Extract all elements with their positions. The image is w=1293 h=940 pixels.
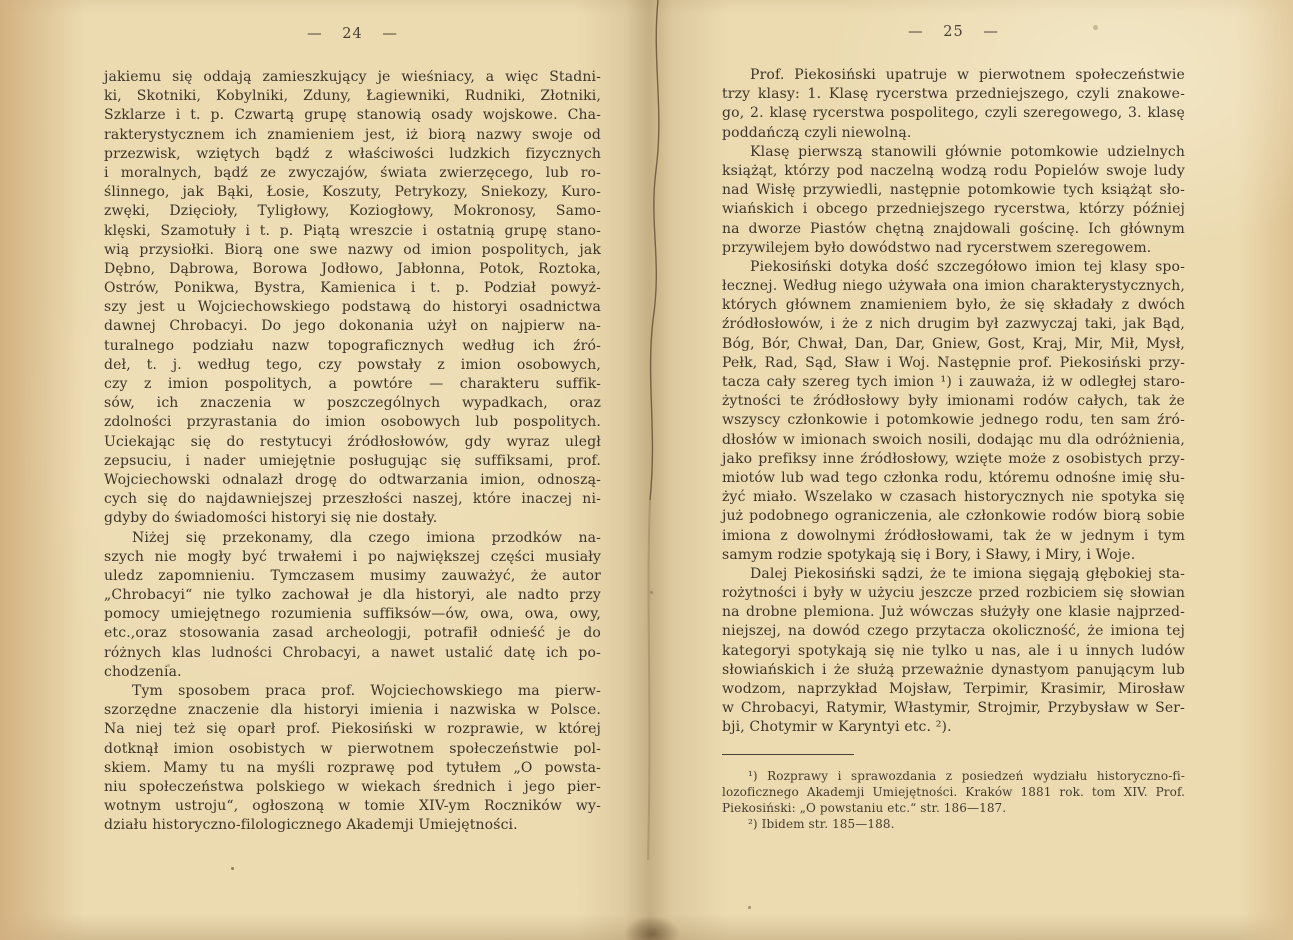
text-line: na dworze Piastów chętną znajdowali gośc… xyxy=(722,220,1185,239)
footnotes: ¹) Rozprawy i sprawozdania z posiedzeń w… xyxy=(722,768,1185,832)
text-line: gdyby do świadomości historyi się nie do… xyxy=(104,509,601,528)
text-line: już podobnego ograniczenia, ale członkow… xyxy=(722,507,1185,526)
text-line: rożytności i były w użyciu jeszcze przed… xyxy=(722,584,1185,603)
text-line: zepsuciu, i nader umiejętnie posługując … xyxy=(104,452,601,471)
text-line: skiem. Mamy tu na myśli rozprawę pod tyt… xyxy=(104,759,601,778)
text-line: zwęki, Dzięcioły, Tyligłowy, Koziogłowy,… xyxy=(104,202,601,221)
text-line: Piekosiński dotyka dość szczegółowo imio… xyxy=(722,258,1185,277)
text-line: dłosłów w imionach swoich nosili, dodają… xyxy=(722,431,1185,450)
text-line: szorzędne znaczenie dla historyi imienia… xyxy=(104,701,601,720)
text-line: jakiemu się oddają zamieszkujący je wieś… xyxy=(104,68,601,87)
text-line: sów, ich znaczenia w poszczególnych wypa… xyxy=(104,394,601,413)
paragraph: Piekosiński dotyka dość szczegółowo imio… xyxy=(722,258,1185,565)
right-text-block: Prof. Piekosiński upatruje w pierwotnem … xyxy=(722,66,1185,738)
text-line: turalnego podziału nazw topograficznych … xyxy=(104,337,601,356)
text-line: wią przysiołki. Biorą one swe nazwy od i… xyxy=(104,241,601,260)
text-line: bji, Chotymir w Karyntyi etc. ²). xyxy=(722,718,1185,737)
text-line: miotów lub wad tego członka rodu, którem… xyxy=(722,469,1185,488)
text-line: Szklarze i t. p. Czwartą grupę stanowią … xyxy=(104,106,601,125)
text-line: Piekosiński: „O powstaniu etc.“ str. 186… xyxy=(722,800,1185,816)
text-line: etc.,oraz stosowania zasad archeologji, … xyxy=(104,624,601,643)
text-line: Niżej się przekonamy, dla czego imiona p… xyxy=(104,529,601,548)
text-line: działu historyczno-filologicznego Akadem… xyxy=(104,816,601,835)
text-line: klęski, Szamotuły i t. p. Piątą wreszcie… xyxy=(104,222,601,241)
text-line: słowiańskich i że służą przeważnie dynas… xyxy=(722,661,1185,680)
paper-speckles xyxy=(231,867,234,870)
text-line: przezwisk, wziętych bądź z właściwości l… xyxy=(104,145,601,164)
text-line: niejszej, na dowód czego przytacza okoli… xyxy=(722,622,1185,641)
footnote: ¹) Rozprawy i sprawozdania z posiedzeń w… xyxy=(722,768,1185,816)
text-line: kategoryi spotykają się nie tylko u nas,… xyxy=(722,642,1185,661)
text-line: ślinnego, jak Bąki, Łosie, Koszuty, Petr… xyxy=(104,183,601,202)
text-line: żytności te źródłosłowy były imionami ro… xyxy=(722,392,1185,411)
text-line: i moralnych, bądź ze zwyczajów, świata z… xyxy=(104,164,601,183)
text-line: ki, Skotniki, Kobylniki, Zduny, Łagiewni… xyxy=(104,87,601,106)
text-line: dawnej Chrobacyi. Do jego dokonania użył… xyxy=(104,317,601,336)
text-line: „Chrobacyi“ nie tylko zachował je dla hi… xyxy=(104,586,601,605)
paragraph: Tym sposobem praca prof. Wojciechowskieg… xyxy=(104,682,601,836)
paragraph: Prof. Piekosiński upatruje w pierwotnem … xyxy=(722,66,1185,143)
text-line: imiona z dowolnymi źródłosłowami, tak że… xyxy=(722,527,1185,546)
text-line: cych się do najdawniejszej przeszłości n… xyxy=(104,490,601,509)
text-line: szy jest u Wojciechowskiego podstawą do … xyxy=(104,298,601,317)
text-line: jako prefiksy inne źródłosłowy, wzięte m… xyxy=(722,450,1185,469)
paragraph: Klasę pierwszą stanowili głównie potomko… xyxy=(722,143,1185,258)
text-line: Dalej Piekosiński sądzi, że te imiona si… xyxy=(722,565,1185,584)
text-line: Dębno, Dąbrowa, Borowa Jodłowo, Jabłonna… xyxy=(104,260,601,279)
text-line: Bóg, Bór, Chwał, Dan, Dar, Gniew, Gost, … xyxy=(722,335,1185,354)
text-line: szych nie mogły być trwałemi i po najwię… xyxy=(104,548,601,567)
text-line: pomocy umiejętnego rozumienia suffiksów—… xyxy=(104,605,601,624)
page-number-right: — 25 — xyxy=(722,24,1185,40)
text-line: Uciekając się do restytucyi źródłosłowów… xyxy=(104,433,601,452)
text-line: go, 2. klasę rycerstwa pospolitego, czyl… xyxy=(722,104,1185,123)
text-line: wodzom, naprzykład Mojsław, Terpimir, Kr… xyxy=(722,680,1185,699)
text-line: wiańskich i obcego przedniejszego rycers… xyxy=(722,200,1185,219)
text-line: nad Wisłę przywiedli, następnie potomkow… xyxy=(722,181,1185,200)
text-line: ¹) Rozprawy i sprawozdania z posiedzeń w… xyxy=(722,768,1185,784)
footnote-divider xyxy=(722,754,854,755)
text-line: Prof. Piekosiński upatruje w pierwotnem … xyxy=(722,66,1185,85)
text-line: na drobne plemiona. Już wówczas służyły … xyxy=(722,603,1185,622)
text-line: chodzenia. xyxy=(104,663,601,682)
text-line: wszyscy członkowie i potomkowie jednego … xyxy=(722,411,1185,430)
paragraph: jakiemu się oddają zamieszkujący je wieś… xyxy=(104,68,601,529)
text-line: źródłosłowów, i że z nich drugim był zaz… xyxy=(722,315,1185,334)
text-line: ²) Ibidem str. 185—188. xyxy=(722,816,1185,832)
footnote: ²) Ibidem str. 185—188. xyxy=(722,816,1185,832)
text-line: deł, t. j. według tego, czy powstały z i… xyxy=(104,356,601,375)
text-line: Pełk, Rad, Sąd, Sław i Woj. Następnie pr… xyxy=(722,354,1185,373)
text-line: przywilejem było dowódstwo nad rycerstwe… xyxy=(722,239,1185,258)
text-line: Tym sposobem praca prof. Wojciechowskieg… xyxy=(104,682,601,701)
text-line: których głównem znamieniem było, że się … xyxy=(722,296,1185,315)
text-line: zdolności przyrastania do imion osobowyc… xyxy=(104,413,601,432)
paragraph: Dalej Piekosiński sądzi, że te imiona si… xyxy=(722,565,1185,738)
text-line: tacza cały szereg tych imion ¹) i zauważ… xyxy=(722,373,1185,392)
text-line: trzy klasy: 1. Klasę rycerstwa przedniej… xyxy=(722,85,1185,104)
book-spread: — 24 — jakiemu się oddają zamieszkujący … xyxy=(0,0,1293,940)
text-line: łecznej. Według niego używała ona imion … xyxy=(722,277,1185,296)
text-line: Klasę pierwszą stanowili głównie potomko… xyxy=(722,143,1185,162)
text-line: Na niej też się oparł prof. Piekosiński … xyxy=(104,720,601,739)
text-line: poddańczą czyli niewolną. xyxy=(722,124,1185,143)
text-line: Wojciechowski odnalazł drogę do odtwarza… xyxy=(104,471,601,490)
paragraph: Niżej się przekonamy, dla czego imiona p… xyxy=(104,529,601,683)
text-line: różnych klas ludności Chrobacyi, a nawet… xyxy=(104,644,601,663)
page-number-left: — 24 — xyxy=(104,26,601,42)
text-line: uledz zapomnieniu. Tymczasem musimy zauw… xyxy=(104,567,601,586)
text-line: żyć miało. Wszelako w czasach historyczn… xyxy=(722,488,1185,507)
text-line: wotnym ustroju“, ogłoszoną w tomie XIV-y… xyxy=(104,797,601,816)
text-line: samym rodzie spotykają się i Bory, i Sła… xyxy=(722,546,1185,565)
text-line: czy z imion pospolitych, a powtóre — cha… xyxy=(104,375,601,394)
text-line: Ostrów, Ponikwa, Bystra, Kamienica i t. … xyxy=(104,279,601,298)
text-line: dotknął imion osobistych w pierwotnem sp… xyxy=(104,740,601,759)
text-line: lozoficznego Akademji Umiejętności. Krak… xyxy=(722,784,1185,800)
left-text-block: jakiemu się oddają zamieszkujący je wieś… xyxy=(104,68,601,836)
text-line: rakterystycznem ich znamieniem jest, iż … xyxy=(104,126,601,145)
text-line: niu społeczeństwa polskiego w wiekach śr… xyxy=(104,778,601,797)
text-line: w Chrobacyi, Ratymir, Włastymir, Strojmi… xyxy=(722,699,1185,718)
text-line: książąt, którzy pod naczelną wodzą rodu … xyxy=(722,162,1185,181)
